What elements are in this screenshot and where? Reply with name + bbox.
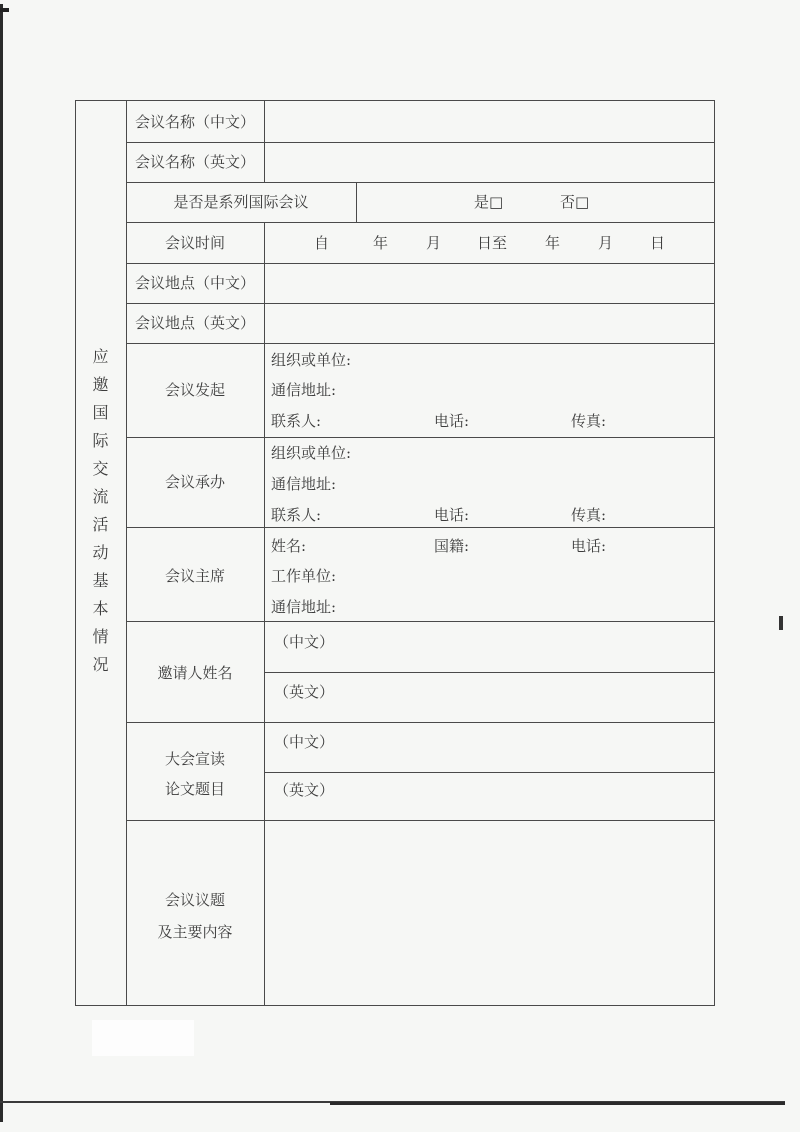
initiator-contact-label: 联系人: — [271, 412, 321, 430]
title-char: 基 — [75, 567, 126, 595]
venue-en-field[interactable] — [265, 304, 714, 343]
label-topics-line1: 会议议题 — [126, 891, 264, 909]
label-venue-cn: 会议地点（中文） — [135, 274, 255, 292]
redaction-patch — [92, 1020, 194, 1056]
row-divider — [264, 672, 715, 673]
series-yes-checkbox[interactable]: 是□ — [474, 193, 503, 211]
organizer-phone-label: 电话: — [434, 506, 469, 524]
topics-content-field[interactable] — [265, 821, 714, 1005]
time-month2-label: 月 — [598, 234, 613, 252]
label-chair: 会议主席 — [126, 567, 264, 585]
label-conference-name-cn: 会议名称（中文） — [135, 113, 255, 131]
paper-title-en-label: （英文） — [274, 781, 334, 799]
chair-name-label: 姓名: — [271, 537, 306, 555]
title-char: 况 — [75, 651, 126, 679]
time-day2-label: 日 — [650, 234, 665, 252]
organizer-contact-label: 联系人: — [271, 506, 321, 524]
title-char: 应 — [75, 343, 126, 371]
initiator-fax-label: 传真: — [571, 412, 606, 430]
title-char: 流 — [75, 483, 126, 511]
chair-address-label: 通信地址: — [271, 598, 336, 616]
venue-cn-field[interactable] — [265, 264, 714, 303]
table-border — [714, 100, 715, 1006]
title-char: 国 — [75, 399, 126, 427]
initiator-address-label: 通信地址: — [271, 381, 336, 399]
row-divider — [126, 437, 715, 438]
initiator-org-label: 组织或单位: — [271, 351, 351, 369]
time-year2-label: 年 — [545, 234, 560, 252]
conference-name-cn-field[interactable] — [265, 101, 714, 142]
column-divider — [356, 182, 357, 222]
label-conference-time: 会议时间 — [126, 234, 264, 252]
scan-edge-mark — [0, 8, 9, 12]
row-divider — [264, 772, 715, 773]
title-char: 际 — [75, 427, 126, 455]
title-char: 情 — [75, 623, 126, 651]
table-border — [75, 1005, 715, 1006]
chair-nationality-label: 国籍: — [434, 537, 469, 555]
chair-employer-label: 工作单位: — [271, 567, 336, 585]
organizer-address-label: 通信地址: — [271, 475, 336, 493]
title-char: 活 — [75, 511, 126, 539]
time-month1-label: 月 — [426, 234, 441, 252]
row-divider — [126, 182, 715, 183]
label-topics-line2: 及主要内容 — [126, 923, 264, 941]
label-conference-name-en: 会议名称（英文） — [135, 153, 255, 171]
section-title-vertical: 应 邀 国 际 交 流 活 动 基 本 情 况 — [75, 343, 126, 679]
organizer-org-label: 组织或单位: — [271, 444, 351, 462]
title-char: 动 — [75, 539, 126, 567]
label-paper-line2: 论文题目 — [126, 780, 264, 798]
paper-title-cn-label: （中文） — [274, 733, 334, 751]
scan-edge — [0, 4, 3, 1122]
row-divider — [126, 343, 715, 344]
title-char: 本 — [75, 595, 126, 623]
conference-name-en-field[interactable] — [265, 143, 714, 182]
initiator-phone-label: 电话: — [434, 412, 469, 430]
time-year1-label: 年 — [373, 234, 388, 252]
label-organizer: 会议承办 — [126, 473, 264, 491]
row-divider — [126, 722, 715, 723]
row-divider — [126, 621, 715, 622]
chair-phone-label: 电话: — [571, 537, 606, 555]
series-no-checkbox[interactable]: 否□ — [560, 193, 589, 211]
row-divider — [126, 527, 715, 528]
organizer-fax-label: 传真: — [571, 506, 606, 524]
inviter-name-cn-label: （中文） — [274, 633, 334, 651]
inviter-name-en-label: （英文） — [274, 683, 334, 701]
label-series-conference: 是否是系列国际会议 — [126, 193, 356, 211]
time-day-to-label: 日至 — [477, 234, 507, 252]
label-venue-en: 会议地点（英文） — [135, 314, 255, 332]
title-char: 邀 — [75, 371, 126, 399]
title-char: 交 — [75, 455, 126, 483]
time-from-label: 自 — [314, 234, 329, 252]
label-initiator: 会议发起 — [126, 381, 264, 399]
label-inviter-name: 邀请人姓名 — [126, 664, 264, 682]
label-paper-line1: 大会宣读 — [126, 750, 264, 768]
scan-edge — [330, 1102, 785, 1105]
row-divider — [126, 222, 715, 223]
scan-mark — [779, 616, 783, 630]
